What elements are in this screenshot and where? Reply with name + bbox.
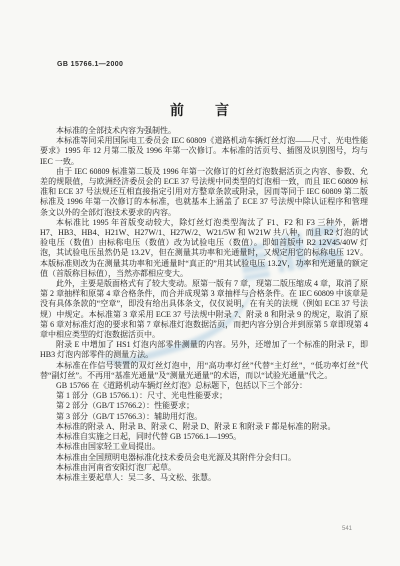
foreword-paragraph: 由于 IEC 60809 标准第二版及 1996 年第一次修订的灯丝灯泡数据活页… xyxy=(40,167,368,218)
standard-code: GB 15766.1—2000 xyxy=(57,61,123,68)
foreword-paragraph: 本标准由全国照明电器标准化技术委员会电光源及其附件分会归口。 xyxy=(40,453,368,463)
foreword-paragraph: 本标准在作信号装置的双灯丝灯泡中，用“高功率灯丝”代替“主灯丝”，“低功率灯丝”… xyxy=(40,361,368,381)
foreword-paragraph: 本标准自实施之日起，同时代替 GB 15766.1—1995。 xyxy=(40,432,368,442)
page-title: 前 言 xyxy=(0,100,400,120)
foreword-paragraph: 本标准比 1995 年首版变动较大，除灯丝灯泡类型淘汰了 F1、F2 和 F3 … xyxy=(40,218,368,279)
foreword-paragraph: 本标准等同采用国际电工委员会 IEC 60809《道路机动车辆灯丝灯泡——尺寸、… xyxy=(40,136,368,167)
foreword-paragraph: 本标准由国家轻工业局提出。 xyxy=(40,442,368,452)
foreword-body: 本标准的全部技术内容为强制性。本标准等同采用国际电工委员会 IEC 60809《… xyxy=(40,126,368,483)
foreword-paragraph: 第 3 部分（GB/T 15766.3）：辅助用灯泡。 xyxy=(40,412,368,422)
foreword-paragraph: 本标准的附录 A、附录 B、附录 C、附录 D、附录 E 和附录 F 都是标准的… xyxy=(40,422,368,432)
foreword-paragraph: GB 15766 在《道路机动车辆灯丝灯泡》总标题下，包括以下三个部分： xyxy=(40,381,368,391)
foreword-paragraph: 本标准由河南省安阳灯泡厂起草。 xyxy=(40,463,368,473)
foreword-paragraph: 本标准主要起草人：吴二多、马文松、张慧。 xyxy=(40,473,368,483)
document-page: GB 15766.1—2000 前 言 本标准的全部技术内容为强制性。本标准等同… xyxy=(0,0,400,566)
foreword-paragraph: 本标准的全部技术内容为强制性。 xyxy=(40,126,368,136)
foreword-paragraph: 第 2 部分（GB/T 15766.2）：性能要求； xyxy=(40,401,368,411)
foreword-paragraph: 此外，主要是版面格式有了较大变动。原第一版有 7 章，现第二版压缩成 4 章，取… xyxy=(40,279,368,340)
foreword-paragraph: 附录 E 中增加了 HS1 灯泡内部零件测量的内容。另外，还增加了一个标准的附录… xyxy=(40,340,368,360)
foreword-paragraph: 第 1 部分（GB 15766.1）：尺寸、光电性能要求； xyxy=(40,391,368,401)
page-number: 541 xyxy=(342,526,352,532)
